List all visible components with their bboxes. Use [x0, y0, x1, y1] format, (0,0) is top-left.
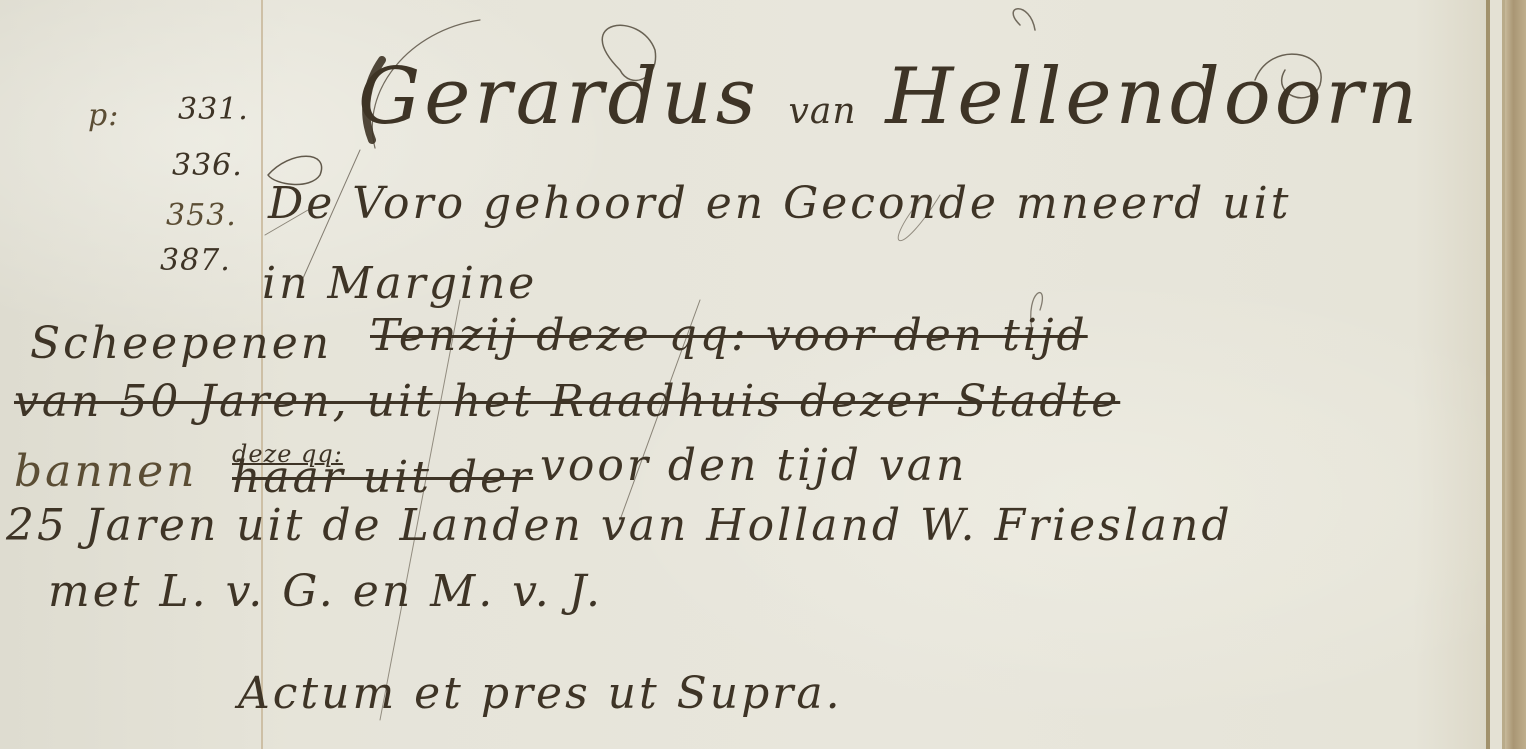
struck-line-5: haar uit der — [232, 452, 533, 503]
body-line-2: in Margine — [262, 258, 537, 309]
body-line-5-rest: voor den tijd van — [540, 440, 967, 491]
page-edge-sheet — [1490, 0, 1502, 749]
margin-ref-331: 331. — [178, 92, 249, 127]
struck-line-4: van 50 Jaren, uit het Raadhuis dezer Sta… — [14, 376, 1120, 427]
margin-ref-336: 336. — [172, 148, 243, 183]
heading-particle: van — [789, 91, 857, 132]
manuscript-page: p: 331. 336. 353. 387. Gerardus van Hell… — [0, 0, 1488, 749]
margin-rule — [261, 0, 263, 749]
body-line-7: met L. v. G. en M. v. J. — [48, 566, 603, 617]
body-line-5-start: bannen — [14, 446, 197, 497]
margin-note-scheepenen: Scheepenen — [30, 318, 332, 369]
heading-surname: Hellendoorn — [885, 52, 1421, 142]
binding-edge — [1505, 0, 1526, 749]
margin-ref-353: 353. — [166, 198, 237, 233]
heading-given-name: Gerardus — [358, 52, 760, 142]
body-line-1: De Voro gehoord en Geconde mneerd uit — [268, 178, 1291, 229]
heading-name: Gerardus van Hellendoorn — [358, 52, 1421, 142]
closing-formula: Actum et pres ut Supra. — [238, 668, 843, 719]
struck-line-3: Tenzij deze qq: voor den tijd — [370, 310, 1088, 361]
margin-ref-387: 387. — [160, 243, 231, 278]
body-line-6: 25 Jaren uit de Landen van Holland W. Fr… — [6, 500, 1233, 551]
margin-ref-prefix: p: — [88, 98, 119, 133]
